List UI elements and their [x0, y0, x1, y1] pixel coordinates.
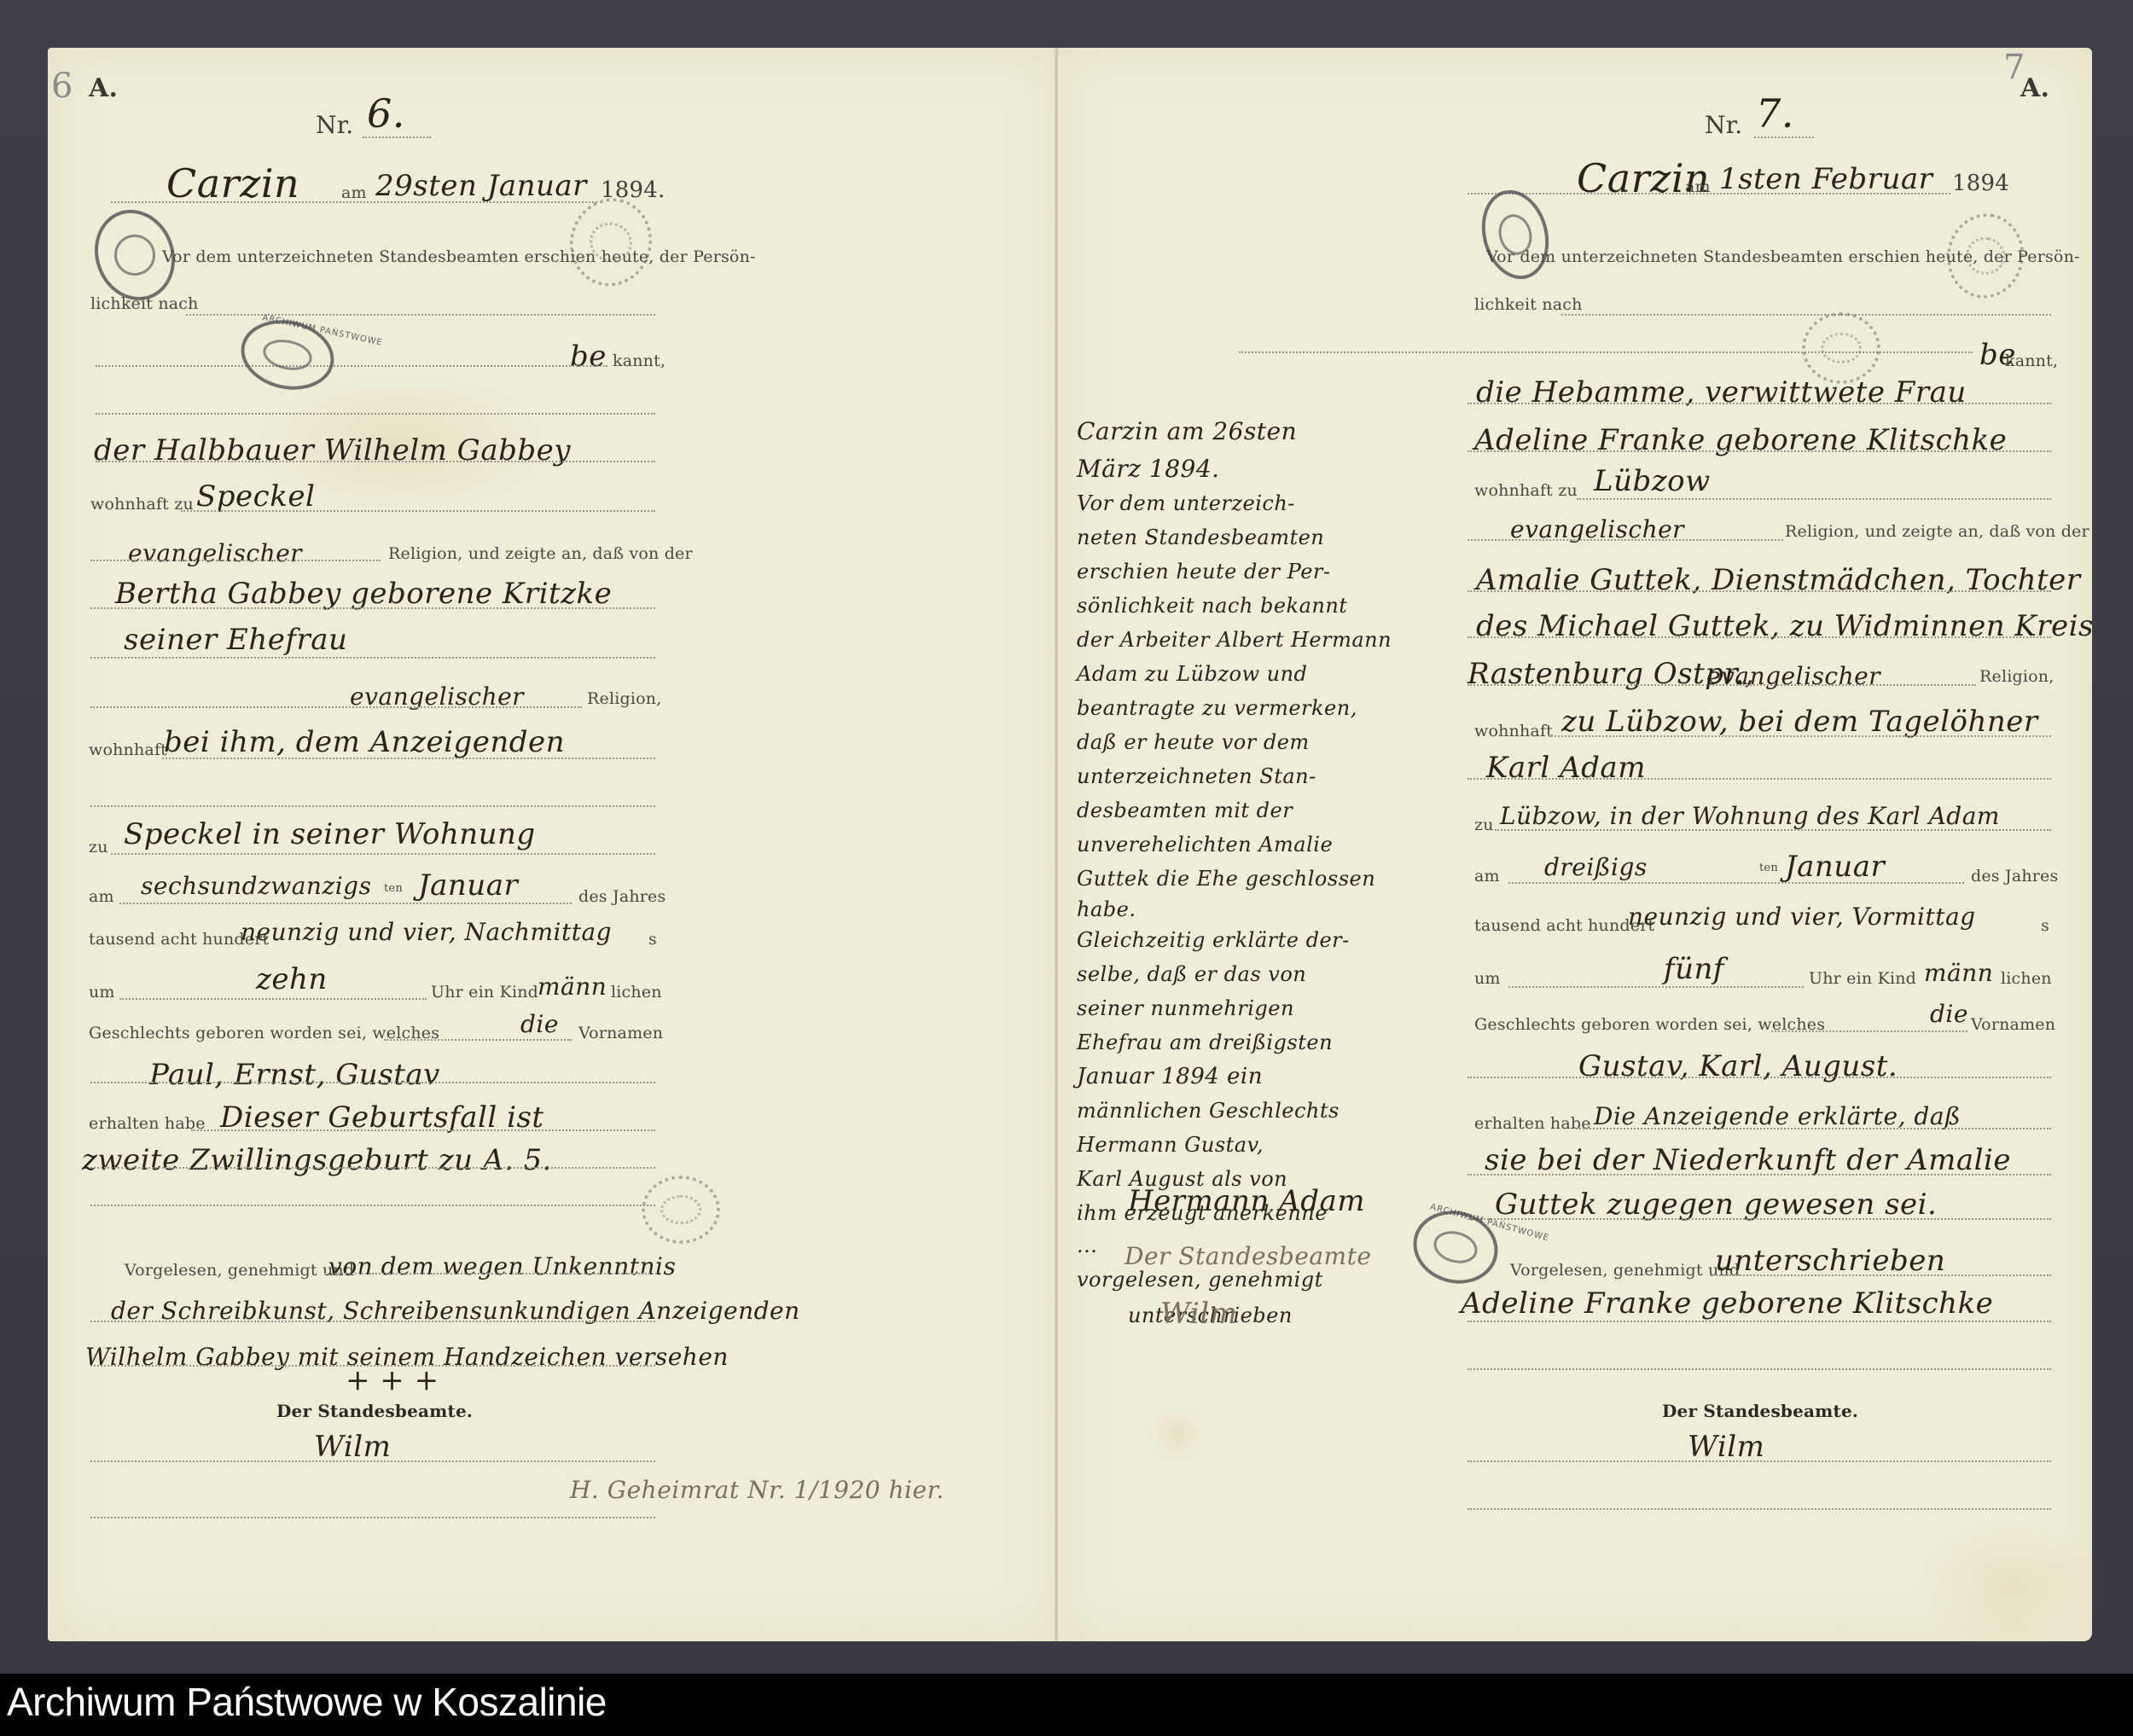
ten-label: ten: [384, 882, 403, 895]
dotted-line: [1468, 1321, 2051, 1322]
margin-signature-registrar: Wilm: [1160, 1297, 1237, 1331]
dotted-line: [90, 1460, 655, 1462]
margin-note-line: neten Standesbeamten: [1077, 520, 1469, 554]
dotted-line: [90, 1321, 655, 1322]
margin-note-line: habe.: [1077, 896, 1469, 923]
margin-note-line: Adam zu Lübzow und: [1077, 657, 1469, 691]
year-handwritten: neunzig und vier, Nachmittag: [241, 918, 612, 946]
place-zu-value: Speckel in seiner Wohnung: [124, 817, 536, 851]
dotted-line: [1468, 1460, 2051, 1462]
month-value: Januar: [418, 868, 518, 903]
margin-note-line: Januar 1894 ein: [1077, 1060, 1469, 1094]
erhalten-label: erhalten habe: [1474, 1114, 1591, 1133]
mother-line-2: des Michael Guttek, zu Widminnen Kreis: [1476, 609, 2094, 643]
vorgelesen-label: Vorgelesen, genehmigt und: [1510, 1261, 1740, 1280]
des-jahres-label: des Jahres: [578, 887, 665, 906]
sex-value: männ: [1924, 959, 1993, 987]
margin-note-line: Carzin am 26sten: [1077, 411, 1469, 452]
date-value: 29sten Januar: [375, 169, 587, 203]
dotted-line: [1710, 1274, 2051, 1276]
margin-signature-hermann-adam: Hermann Adam: [1128, 1184, 1365, 1218]
registrar-signature: Wilm: [314, 1430, 391, 1464]
vorgelesen-value: unterschrieben: [1715, 1244, 1945, 1278]
margin-note-line: Vor dem unterzeich-: [1077, 486, 1469, 520]
s-label: s: [648, 930, 657, 949]
known-handwritten: be: [570, 340, 607, 374]
registrar-label: Der Standesbeamte.: [276, 1401, 473, 1421]
dotted-line: [90, 706, 582, 708]
uhr-label: Uhr ein Kind: [1809, 969, 1916, 988]
place-zu-value: Lübzow, in der Wohnung des Karl Adam: [1500, 802, 2000, 830]
dotted-line: [181, 510, 655, 512]
handzeichen-crosses: + + +: [346, 1363, 439, 1397]
dotted-line: [1549, 735, 2051, 737]
record-number: 6.: [367, 90, 405, 136]
des-jahres-label: des Jahres: [1971, 867, 2058, 885]
note-line-1: Die Anzeigende erklärte, daß: [1594, 1102, 1961, 1130]
given-names: Paul, Ernst, Gustav: [149, 1058, 440, 1092]
margin-note-line: unterschrieben: [1077, 1298, 1469, 1332]
mother-residence-value-2: Karl Adam: [1486, 751, 1646, 785]
archive-stamp: [1802, 312, 1880, 384]
folio-number-pencil: 6: [51, 67, 73, 106]
given-names: Gustav, Karl, August.: [1578, 1049, 1898, 1083]
series-letter: A.: [2020, 73, 2049, 103]
um-label: um: [89, 983, 115, 1002]
vorgelesen-label: Vorgelesen, genehmigt und: [125, 1261, 354, 1280]
sex-label-end: lichen: [2001, 969, 2052, 988]
year-handwritten: neunzig und vier, Vormittag: [1628, 903, 1976, 931]
margin-note-line: desbeamten mit der: [1077, 793, 1469, 827]
vornamen-label: Vornamen: [1971, 1015, 2055, 1034]
day-value: dreißigs: [1544, 853, 1648, 881]
margin-note-line: daß er heute vor dem: [1077, 725, 1469, 759]
mother-line-1: Amalie Guttek, Dienstmädchen, Tochter: [1476, 563, 2081, 597]
note-line-2: zweite Zwillingsgeburt zu A. 5.: [82, 1143, 552, 1177]
dotted-line: [1468, 1368, 2051, 1370]
dotted-line: [96, 461, 655, 462]
dotted-line: [119, 998, 427, 1000]
dotted-line: [90, 805, 655, 807]
place-zu-label: zu: [89, 838, 108, 856]
known-label: kannt,: [613, 351, 665, 370]
dotted-line: [90, 1517, 655, 1518]
dotted-line: [90, 1205, 655, 1206]
mother-residence-label: wohnhaft: [1474, 722, 1553, 740]
margin-note-line: März 1894.: [1077, 452, 1469, 486]
welches-value: die: [1930, 1000, 1968, 1028]
margin-note-line: beantragte zu vermerken,: [1077, 691, 1469, 725]
date-value: 1sten Februar: [1719, 162, 1932, 196]
dotted-line: [1771, 1031, 1967, 1032]
dotted-line: [1577, 498, 2051, 500]
dotted-line: [111, 853, 655, 855]
place-name: Carzin: [166, 160, 299, 206]
s-label: s: [2041, 916, 2049, 935]
dotted-line: [363, 136, 431, 138]
margin-signature-label: Der Standesbeamte: [1125, 1242, 1371, 1270]
series-letter: A.: [89, 73, 118, 103]
residence-label: wohnhaft zu: [90, 495, 194, 514]
mother-religion-label: Religion,: [1979, 667, 2054, 686]
margin-note-line: der Arbeiter Albert Hermann: [1077, 623, 1469, 657]
place-zu-label: zu: [1474, 816, 1494, 834]
dotted-line: [1468, 778, 2051, 780]
informant-name: der Halbbauer Wilhelm Gabbey: [94, 433, 571, 467]
mother-residence-value: zu Lübzow, bei dem Tagelöhner: [1561, 705, 2038, 739]
hour-value: fünf: [1664, 952, 1724, 986]
dotted-line: [324, 1273, 657, 1274]
dotted-line: [384, 1039, 572, 1041]
dotted-line: [1495, 829, 2051, 831]
dotted-line: [1468, 636, 2051, 638]
dotted-line: [96, 365, 607, 367]
dotted-line: [1468, 450, 2051, 452]
dotted-line: [1468, 403, 2051, 404]
archive-name: Archiwum Państwowe w Koszalinie: [7, 1679, 607, 1725]
dotted-line: [191, 1129, 655, 1131]
dotted-line: [90, 560, 381, 561]
dotted-line: [111, 201, 597, 203]
residence-value: Speckel: [196, 479, 315, 514]
dotted-line: [1468, 1218, 2051, 1220]
margin-note-line: Guttek die Ehe geschlossen: [1077, 862, 1469, 896]
margin-note-line: Ehefrau am dreißigsten: [1077, 1025, 1469, 1060]
dotted-line: [96, 413, 655, 415]
paper-stain: [1920, 1518, 2107, 1655]
mother-residence-value: bei ihm, dem Anzeigenden: [164, 725, 565, 759]
residence-value: Lübzow: [1594, 464, 1711, 498]
dotted-line: [1508, 882, 1964, 884]
dotted-line: [1468, 590, 2051, 592]
dotted-line: [186, 314, 655, 316]
margin-note-line: sönlichkeit nach bekannt: [1077, 589, 1469, 623]
intro-text: Vor dem unterzeichneten Standesbeamten e…: [162, 247, 756, 266]
mother-residence-label: wohnhaft: [89, 740, 167, 759]
margin-note-line: männlichen Geschlechts: [1077, 1094, 1469, 1128]
dotted-line: [1468, 539, 1783, 541]
informant-signature: Adeline Franke geborene Klitschke: [1461, 1286, 1993, 1321]
dotted-line: [119, 903, 572, 904]
record-number-label: Nr.: [316, 111, 353, 139]
dotted-line: [1577, 1128, 2051, 1129]
am-label: am: [89, 887, 114, 906]
informant-line-1: die Hebamme, verwittwete Frau: [1476, 375, 1967, 409]
dotted-line: [1468, 684, 1976, 686]
archive-stamp: [642, 1176, 720, 1244]
hour-value: zehn: [256, 962, 328, 996]
dotted-line: [90, 1167, 655, 1169]
dotted-line: [1561, 314, 2051, 316]
sex-value: männ: [538, 973, 607, 1001]
mother-name-line-2: seiner Ehefrau: [124, 623, 347, 657]
mother-religion-value: evangelischer: [1706, 662, 1880, 690]
mother-name-line-1: Bertha Gabbey geborene Kritzke: [115, 577, 612, 611]
later-annotation: H. Geheimrat Nr. 1/1920 hier.: [570, 1476, 944, 1504]
record-number-label: Nr.: [1705, 111, 1742, 139]
margin-note-line: unverehelichten Amalie: [1077, 827, 1469, 862]
margin-note-line: selbe, daß er das von: [1077, 957, 1469, 991]
residence-label: wohnhaft zu: [1474, 481, 1578, 500]
religion-value: evangelischer: [128, 539, 302, 567]
religion-label: Religion, und zeigte an, daß von der: [388, 544, 693, 563]
dotted-line: [1754, 136, 1814, 138]
dotted-line: [1468, 1174, 2051, 1176]
vorgelesen-line-1: von dem wegen Unkenntnis: [328, 1252, 676, 1280]
dotted-line: [1468, 1077, 2051, 1078]
dotted-line: [1468, 193, 1950, 195]
margin-note-line: Hermann Gustav,: [1077, 1128, 1469, 1162]
registrar-label: Der Standesbeamte.: [1662, 1401, 1858, 1421]
am-label: am: [1474, 867, 1500, 885]
margin-note-line: unterzeichneten Stan-: [1077, 759, 1469, 793]
known-label: kannt,: [2005, 351, 2058, 370]
record-number: 7.: [1756, 90, 1794, 136]
erhalten-label: erhalten habe: [89, 1114, 206, 1133]
month-value: Januar: [1785, 850, 1885, 884]
vornamen-label: Vornamen: [578, 1024, 663, 1042]
margin-note-line: Gleichzeitig erklärte der-: [1077, 923, 1469, 957]
ten-label: ten: [1759, 862, 1778, 874]
year-printed: 1894: [1952, 171, 2009, 196]
dotted-line: [90, 657, 655, 659]
dotted-line: [90, 1082, 655, 1083]
dotted-line: [90, 607, 655, 609]
religion-label: Religion, und zeigte an, daß von der: [1785, 522, 2089, 541]
sex-label-end: lichen: [611, 983, 662, 1002]
dotted-line: [162, 758, 655, 759]
date-am-label: am: [341, 183, 367, 202]
margin-note-line: erschien heute der Per-: [1077, 554, 1469, 589]
intro-text-cont: lichkeit nach: [1474, 295, 1583, 314]
uhr-label: Uhr ein Kind: [431, 983, 538, 1002]
mother-religion-label: Religion,: [587, 689, 661, 708]
welches-value: die: [520, 1010, 559, 1038]
paper-stain: [1152, 1408, 1203, 1459]
margin-note-line: seiner nunmehrigen: [1077, 991, 1469, 1025]
dotted-line: [1508, 986, 1804, 988]
note-line-3: Guttek zugegen gewesen sei.: [1495, 1187, 1937, 1222]
registrar-signature: Wilm: [1688, 1430, 1764, 1464]
um-label: um: [1474, 969, 1501, 988]
day-value: sechsundzwanzigs: [141, 872, 371, 900]
note-line-2: sie bei der Niederkunft der Amalie: [1485, 1143, 2011, 1177]
dotted-line: [1468, 1508, 2051, 1510]
informant-line-2: Adeline Franke geborene Klitschke: [1474, 423, 2007, 457]
archive-caption-bar: Archiwum Państwowe w Koszalinie: [0, 1674, 2133, 1736]
